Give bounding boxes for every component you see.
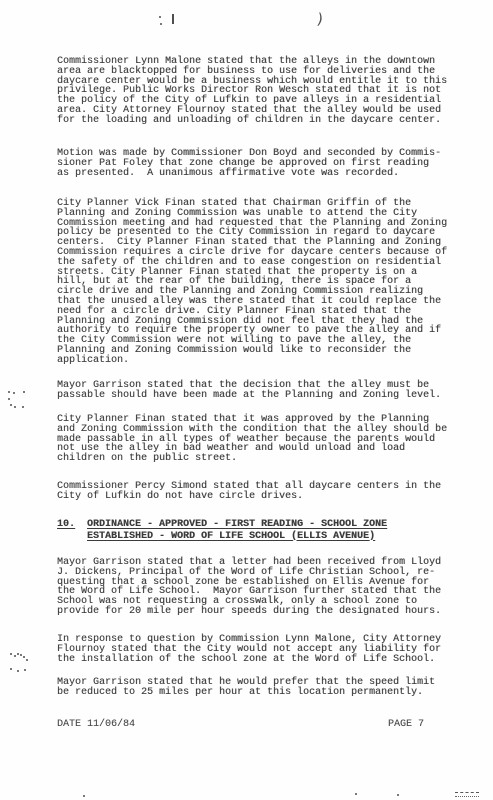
paragraph-finan-approval-condition: City Planner Finan stated that it was ap… bbox=[57, 415, 447, 464]
paragraph-school-zone-letter: Mayor Garrison stated that a letter had … bbox=[57, 558, 441, 617]
agenda-item-10-heading: 10. ORDINANCE - APPROVED - FIRST READING… bbox=[57, 519, 387, 542]
paragraph-speed-limit-preference: Mayor Garrison stated that he would pref… bbox=[57, 678, 435, 698]
footer-date: DATE 11/06/84 bbox=[57, 719, 135, 730]
paragraph-percy-simond-circle-drives: Commissioner Percy Simond stated that al… bbox=[57, 482, 441, 502]
page-footer: DATE 11/06/84 PAGE 7 bbox=[57, 719, 437, 730]
paragraph-city-planner-finan-policy: City Planner Vick Finan stated that Chai… bbox=[57, 199, 447, 366]
scanned-minutes-page: ) Commissioner Lynn Malone stated that t… bbox=[0, 0, 493, 800]
paragraph-motion-first-reading: Motion was made by Commissioner Don Boyd… bbox=[57, 149, 441, 178]
scan-artifact-bottom-dash bbox=[455, 792, 479, 797]
paragraph-liability-response: In response to question by Commission Ly… bbox=[57, 635, 441, 664]
scan-artifact-top-dots bbox=[159, 16, 161, 18]
scan-artifact-top-mark bbox=[172, 14, 174, 24]
agenda-item-number: 10. bbox=[57, 519, 87, 542]
scan-artifact-bottom-dots bbox=[83, 795, 85, 797]
paragraph-mayor-garrison-decision: Mayor Garrison stated that the decision … bbox=[57, 381, 441, 401]
scan-artifact-margin-blob-2 bbox=[10, 653, 12, 655]
scan-artifact-paren-mark: ) bbox=[316, 10, 324, 29]
scan-artifact-margin-blob-1 bbox=[8, 391, 10, 393]
paragraph-alley-blacktop-discussion: Commissioner Lynn Malone stated that the… bbox=[57, 57, 447, 126]
footer-page-number: PAGE 7 bbox=[388, 719, 424, 730]
agenda-item-title: ORDINANCE - APPROVED - FIRST READING - S… bbox=[87, 519, 387, 542]
